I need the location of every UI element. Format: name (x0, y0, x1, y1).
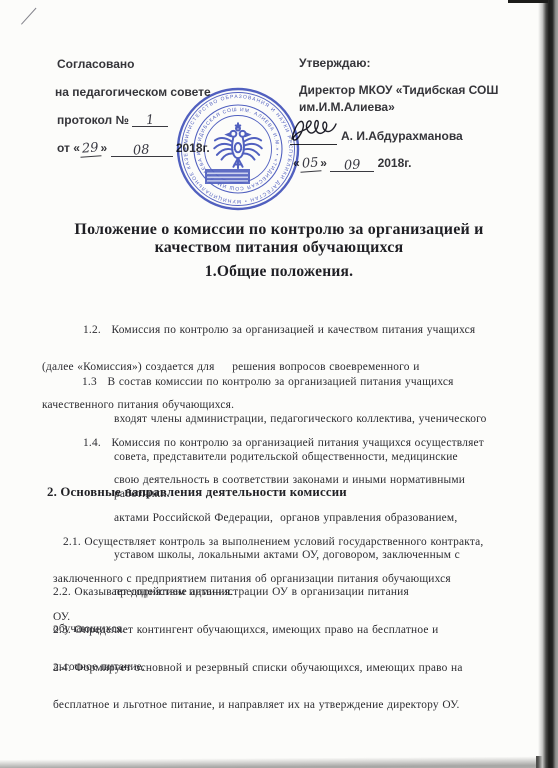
stamp-banner (205, 169, 250, 184)
scanned-document-page: Согласовано на педагогическом совете про… (0, 0, 558, 768)
document-title-line1: Положение о комиссии по контролю за орга… (24, 221, 534, 239)
scan-top-edge (508, 0, 548, 3)
month-blank-right: 09 (330, 158, 374, 172)
double-headed-eagle-icon (214, 123, 262, 168)
handwritten-day: 29 (79, 141, 101, 157)
protocol-label: протокол № (57, 113, 132, 127)
section2-heading: 2. Основные направления деятельности ком… (47, 485, 347, 500)
p12-line1: 1.2. Комиссия по контролю за организацие… (42, 324, 475, 336)
paragraph-2-4: 2.4. Формирует основной и резервный спис… (53, 637, 463, 737)
p21-line1: 2.1. Осуществляет контроль за выполнение… (53, 536, 483, 548)
official-round-stamp: • МИНИСТЕРСТВО ОБРАЗОВАНИЯ И НАУКИ РЕСПУ… (176, 87, 300, 211)
handwritten-month-right: 09 (344, 158, 361, 173)
approved-title: Согласовано (57, 57, 134, 71)
protocol-blank: 1 (132, 113, 168, 127)
p14-line1: 1.4. Комиссия по контролю за организацие… (42, 437, 484, 449)
handwritten-month: 08 (133, 143, 150, 158)
signer-name: А. И.Абдурахманова (341, 129, 463, 143)
handwritten-day-right: 05 (299, 156, 321, 172)
p23-line1: 2.3. Определяет контингент обучающихся, … (53, 624, 438, 636)
p22-line1: 2.2. Оказывает содействие администрации … (53, 586, 409, 598)
p24-line1: 2.4. Формирует основной и резервный спис… (53, 662, 463, 674)
p13-line1: 1.3 В состав комиссии по контролю за орг… (42, 376, 487, 388)
date-from-label: от « (57, 141, 80, 155)
approve-title: Утверждаю: (299, 56, 370, 70)
quote-close-right: » (320, 156, 330, 170)
year-label-right: 2018г. (374, 156, 411, 170)
approve-date-row: «05» 09 2018г. (293, 156, 411, 172)
director-line1: Директор МКОУ «Тидибская СОШ (299, 83, 498, 97)
section1-heading: 1.Общие положения. (24, 263, 534, 281)
handwritten-protocol-number: 1 (146, 114, 155, 129)
protocol-row: протокол № 1 (57, 113, 168, 127)
pen-mark (21, 8, 36, 25)
month-blank: 08 (111, 143, 173, 157)
scan-right-edge (538, 0, 558, 768)
document-title-line2: качеством питания обучающихся (24, 239, 534, 257)
scan-bottom-edge (0, 756, 558, 768)
director-line2: им.И.М.Алиева» (299, 100, 395, 114)
p24-line2: бесплатное и льготное питание, и направл… (53, 699, 463, 711)
